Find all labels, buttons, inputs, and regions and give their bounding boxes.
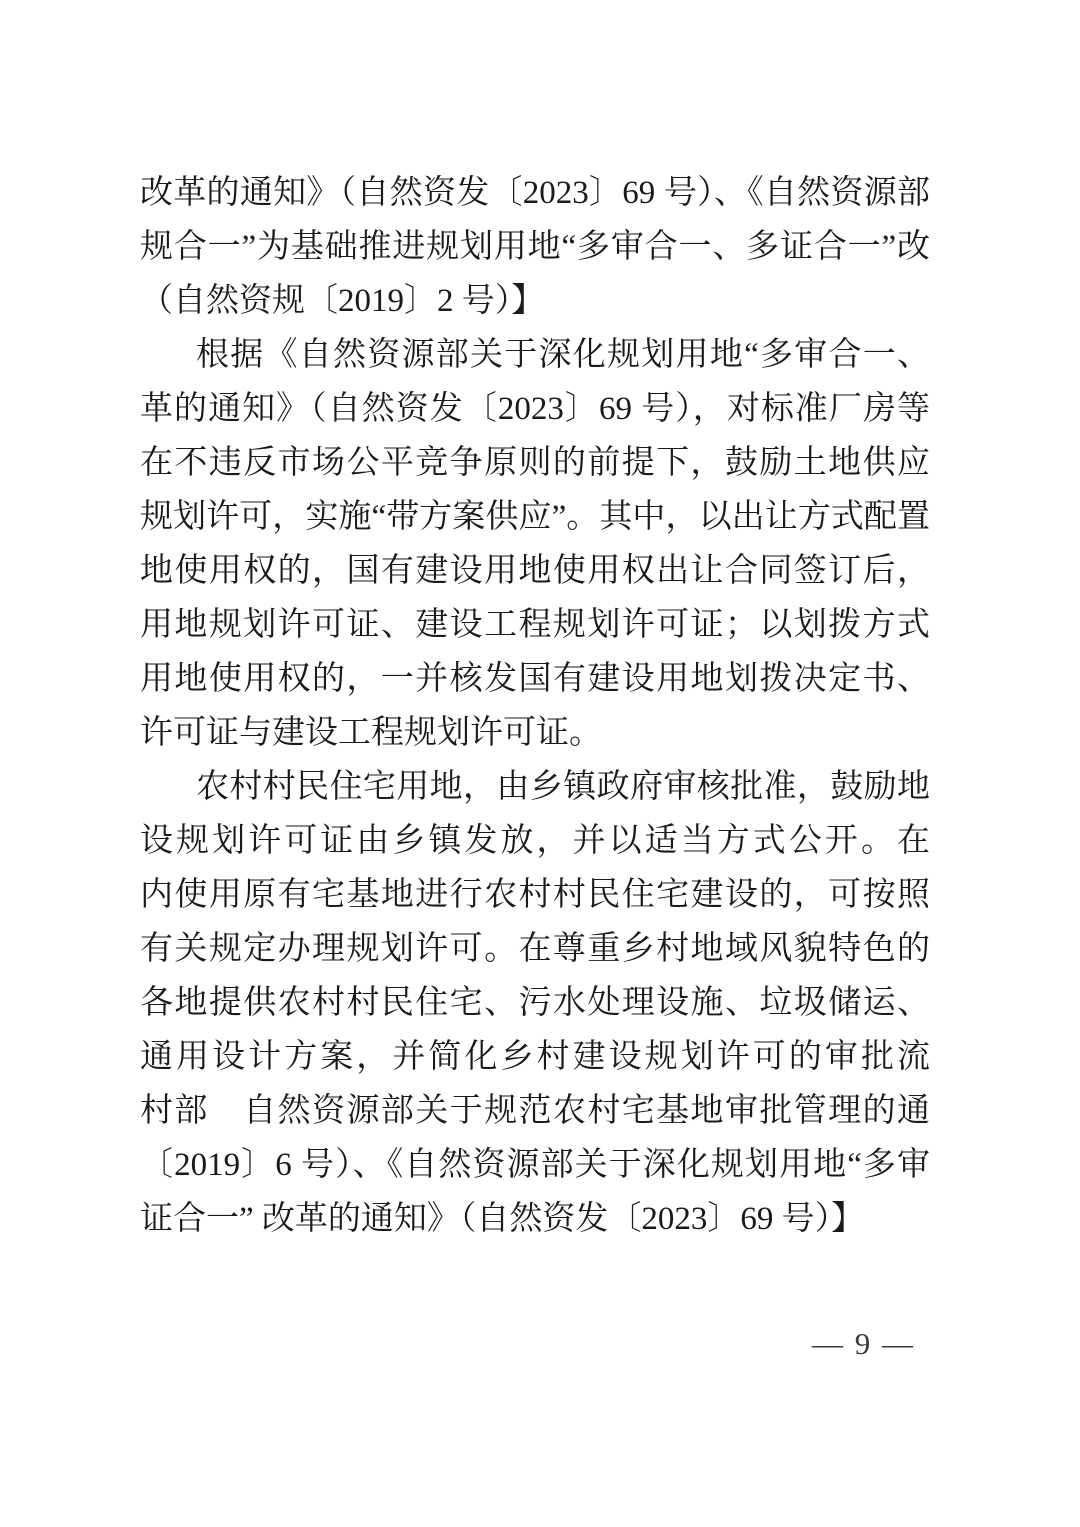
text-line: 在不违反市场公平竞争原则的前提下，鼓励土地供应阶段同步核发 bbox=[140, 436, 930, 490]
text-line: 设规划许可证由乡镇发放，并以适当方式公开。在乡、村庄规划区 bbox=[140, 814, 930, 868]
text-line: 有关规定办理规划许可。在尊重乡村地域风貌特色的前提下，鼓励 bbox=[140, 922, 930, 976]
text-line: 地使用权的，国有建设用地使用权出让合同签订后，一并核发建设 bbox=[140, 544, 930, 598]
text-line: 规合一”为基础推进规划用地“多审合一、多证合一”改革的通知》 bbox=[140, 220, 930, 274]
text-line: 〔2019〕6 号）、《自然资源部关于深化规划用地“多审合一、多 bbox=[140, 1138, 930, 1192]
text-line: 农村村民住宅用地，由乡镇政府审核批准，鼓励地方将乡村建 bbox=[140, 760, 930, 814]
text-line: 根据《自然资源部关于深化规划用地“多审合一、多证合一”改 bbox=[140, 328, 930, 382]
text-line: （自然资规〔2019〕2 号）】 bbox=[140, 274, 930, 328]
text-line: 村部 自然资源部关于规范农村宅基地审批管理的通知》（农经发 bbox=[140, 1084, 930, 1138]
text-line: 革的通知》（自然资发〔2023〕69 号），对标准厂房等建设项目， bbox=[140, 382, 930, 436]
text-line: 各地提供农村村民住宅、污水处理设施、垃圾储运、公厕等简易的 bbox=[140, 976, 930, 1030]
document-page: 改革的通知》（自然资发〔2023〕69 号）、《自然资源部关于以“多规合一”为基… bbox=[0, 0, 1080, 1527]
text-line: 许可证与建设工程规划许可证。 bbox=[140, 706, 930, 760]
text-line: 改革的通知》（自然资发〔2023〕69 号）、《自然资源部关于以“多 bbox=[140, 166, 930, 220]
text-line: 用地使用权的，一并核发国有建设用地划拨决定书、建设用地规划 bbox=[140, 652, 930, 706]
text-line: 用地规划许可证、建设工程规划许可证；以划拨方式配置国有建设 bbox=[140, 598, 930, 652]
document-body: 改革的通知》（自然资发〔2023〕69 号）、《自然资源部关于以“多规合一”为基… bbox=[140, 166, 930, 1246]
text-line: 规划许可，实施“带方案供应”。其中，以出让方式配置国有建设用 bbox=[140, 490, 930, 544]
text-line: 证合一” 改革的通知》（自然资发〔2023〕69 号）】 bbox=[140, 1192, 930, 1246]
text-line: 通用设计方案，并简化乡村建设规划许可的审批流程。【《农业农 bbox=[140, 1030, 930, 1084]
page-number: — 9 — bbox=[812, 1322, 915, 1366]
text-line: 内使用原有宅基地进行农村村民住宅建设的，可按照省（区、市） bbox=[140, 868, 930, 922]
